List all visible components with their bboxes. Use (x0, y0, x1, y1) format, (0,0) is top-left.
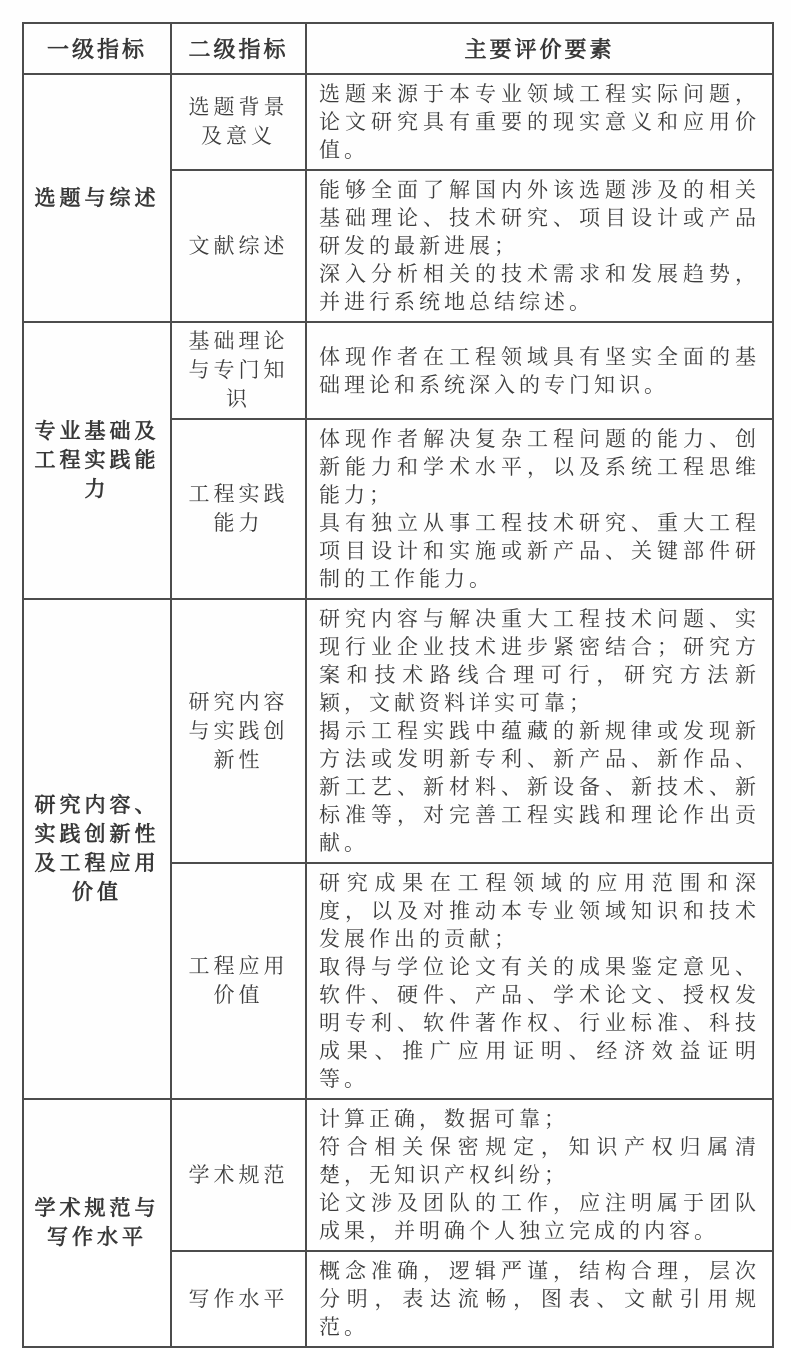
header-level1-indicator: 一级指标 (23, 23, 171, 74)
document-page: 一级指标 二级指标 主要评价要素 选题与综述 选题背景及意义 选题来源于本专业领… (0, 0, 791, 1230)
table-row: 研究内容、实践创新性及工程应用价值 研究内容与实践创新性 研究内容与解决重大工程… (23, 599, 773, 863)
table-row: 专业基础及工程实践能力 基础理论与专门知识 体现作者在工程领域具有坚实全面的基础… (23, 322, 773, 419)
paragraph: 体现作者解决复杂工程问题的能力、创新能力和学术水平，以及系统工程思维能力； (319, 425, 760, 509)
level1-topic-and-review: 选题与综述 (23, 74, 171, 322)
paragraph: 具有独立从事工程技术研究、重大工程项目设计和实施或新产品、关键部件研制的工作能力… (319, 509, 760, 593)
elements-engineering-application-value: 研究成果在工程领域的应用范围和深度，以及对推动本专业领域知识和技术发展作出的贡献… (306, 863, 773, 1099)
paragraph: 揭示工程实践中蕴藏的新规律或发现新方法或发明新专利、新产品、新作品、新工艺、新材… (319, 717, 760, 857)
evaluation-criteria-table: 一级指标 二级指标 主要评价要素 选题与综述 选题背景及意义 选题来源于本专业领… (22, 22, 774, 1348)
header-main-evaluation-elements: 主要评价要素 (306, 23, 773, 74)
level1-research-content-innovation-value: 研究内容、实践创新性及工程应用价值 (23, 599, 171, 1099)
paragraph: 研究内容与解决重大工程技术问题、实现行业企业技术进步紧密结合；研究方案和技术路线… (319, 605, 760, 717)
header-level2-indicator: 二级指标 (171, 23, 306, 74)
level2-engineering-practice-ability: 工程实践能力 (171, 419, 306, 599)
elements-academic-norms: 计算正确，数据可靠； 符合相关保密规定，知识产权归属清楚，无知识产权纠纷； 论文… (306, 1099, 773, 1251)
elements-basic-theory-knowledge: 体现作者在工程领域具有坚实全面的基础理论和系统深入的专门知识。 (306, 322, 773, 419)
paragraph: 体现作者在工程领域具有坚实全面的基础理论和系统深入的专门知识。 (319, 343, 760, 399)
elements-topic-background: 选题来源于本专业领域工程实际问题，论文研究具有重要的现实意义和应用价值。 (306, 74, 773, 170)
level2-research-content-innovation: 研究内容与实践创新性 (171, 599, 306, 863)
paragraph: 概念准确，逻辑严谨，结构合理，层次分明，表达流畅，图表、文献引用规范。 (319, 1257, 760, 1341)
header-row: 一级指标 二级指标 主要评价要素 (23, 23, 773, 74)
paragraph: 研究成果在工程领域的应用范围和深度，以及对推动本专业领域知识和技术发展作出的贡献… (319, 869, 760, 953)
elements-literature-review: 能够全面了解国内外该选题涉及的相关基础理论、技术研究、项目设计或产品研发的最新进… (306, 170, 773, 322)
level2-writing-level: 写作水平 (171, 1251, 306, 1347)
paragraph: 能够全面了解国内外该选题涉及的相关基础理论、技术研究、项目设计或产品研发的最新进… (319, 176, 760, 260)
paragraph: 深入分析相关的技术需求和发展趋势，并进行系统地总结综述。 (319, 260, 760, 316)
paragraph: 计算正确，数据可靠； (319, 1105, 760, 1133)
table-row: 学术规范与写作水平 学术规范 计算正确，数据可靠； 符合相关保密规定，知识产权归… (23, 1099, 773, 1251)
elements-engineering-practice-ability: 体现作者解决复杂工程问题的能力、创新能力和学术水平，以及系统工程思维能力； 具有… (306, 419, 773, 599)
paragraph: 符合相关保密规定，知识产权归属清楚，无知识产权纠纷； (319, 1133, 760, 1189)
level2-basic-theory-knowledge: 基础理论与专门知识 (171, 322, 306, 419)
paragraph: 取得与学位论文有关的成果鉴定意见、软件、硬件、产品、学术论文、授权发明专利、软件… (319, 953, 760, 1093)
level2-academic-norms: 学术规范 (171, 1099, 306, 1251)
level1-professional-foundation: 专业基础及工程实践能力 (23, 322, 171, 599)
level2-literature-review: 文献综述 (171, 170, 306, 322)
level2-engineering-application-value: 工程应用价值 (171, 863, 306, 1099)
elements-writing-level: 概念准确，逻辑严谨，结构合理，层次分明，表达流畅，图表、文献引用规范。 (306, 1251, 773, 1347)
level2-topic-background: 选题背景及意义 (171, 74, 306, 170)
paragraph: 论文涉及团队的工作，应注明属于团队成果，并明确个人独立完成的内容。 (319, 1189, 760, 1245)
paragraph: 选题来源于本专业领域工程实际问题，论文研究具有重要的现实意义和应用价值。 (319, 80, 760, 164)
table-row: 选题与综述 选题背景及意义 选题来源于本专业领域工程实际问题，论文研究具有重要的… (23, 74, 773, 170)
level1-academic-norms-writing: 学术规范与写作水平 (23, 1099, 171, 1347)
elements-research-content-innovation: 研究内容与解决重大工程技术问题、实现行业企业技术进步紧密结合；研究方案和技术路线… (306, 599, 773, 863)
